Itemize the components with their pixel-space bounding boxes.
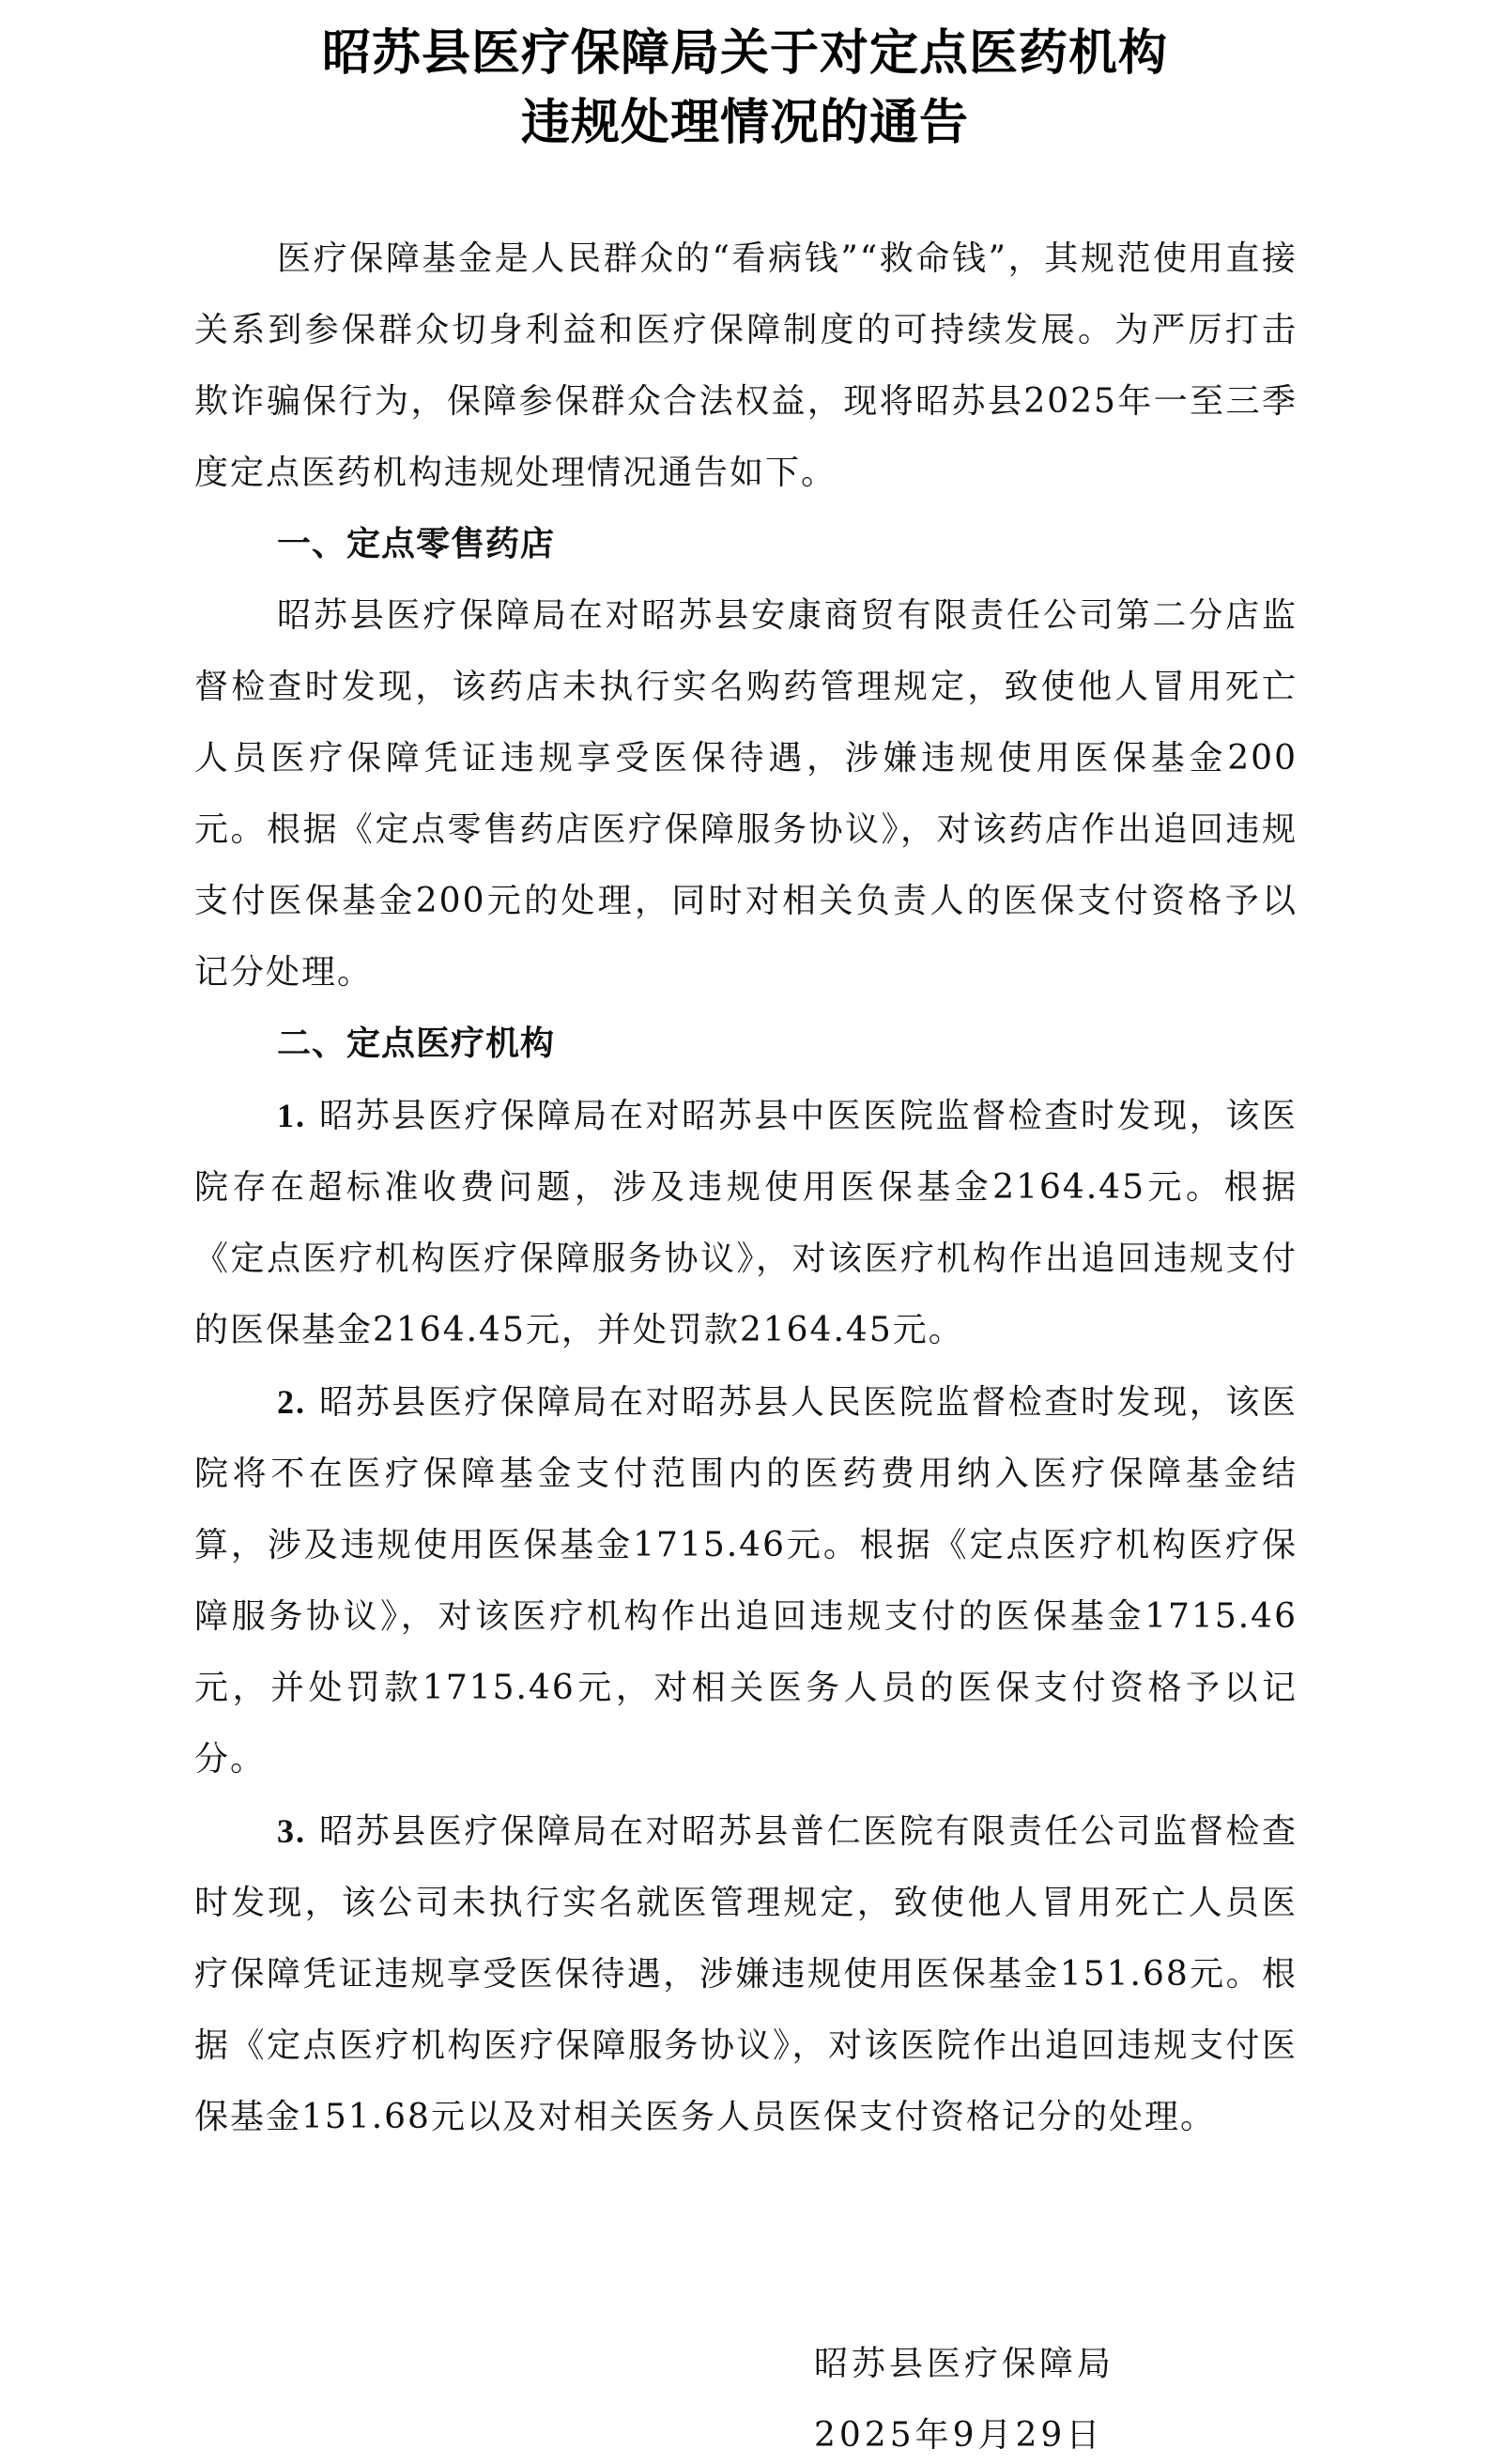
section-heading-retail-pharmacy: 一、定点零售药店 bbox=[194, 509, 1298, 580]
signature-date: 2025年9月29日 bbox=[814, 2400, 1103, 2464]
item-number: 2. bbox=[277, 1383, 306, 1421]
intro-paragraph: 医疗保障基金是人民群众的“看病钱”“救命钱”，其规范使用直接关系到参保群众切身利… bbox=[194, 223, 1298, 509]
document-title-line-1: 昭苏县医疗保障局关于对定点医药机构 bbox=[0, 13, 1490, 84]
item-text: 昭苏县医疗保障局在对昭苏县人民医院监督检查时发现，该医院将不在医疗保障基金支付范… bbox=[194, 1383, 1298, 1779]
item-text: 昭苏县医疗保障局在对昭苏县中医医院监督检查时发现，该医院存在超标准收费问题，涉及… bbox=[194, 1097, 1298, 1349]
section-heading-medical-institution: 二、定点医疗机构 bbox=[194, 1009, 1298, 1080]
item-number: 1. bbox=[277, 1097, 306, 1134]
institution-paragraph-2: 2. 昭苏县医疗保障局在对昭苏县人民医院监督检查时发现，该医院将不在医疗保障基金… bbox=[194, 1366, 1298, 1795]
item-text: 昭苏县医疗保障局在对昭苏县普仁医院有限责任公司监督检查时发现，该公司未执行实名就… bbox=[194, 1812, 1298, 2136]
institution-paragraph-3: 3. 昭苏县医疗保障局在对昭苏县普仁医院有限责任公司监督检查时发现，该公司未执行… bbox=[194, 1795, 1298, 2153]
signature-issuer: 昭苏县医疗保障局 bbox=[814, 2329, 1114, 2400]
institution-paragraph-1: 1. 昭苏县医疗保障局在对昭苏县中医医院监督检查时发现，该医院存在超标准收费问题… bbox=[194, 1080, 1298, 1366]
document-body: 医疗保障基金是人民群众的“看病钱”“救命钱”，其规范使用直接关系到参保群众切身利… bbox=[194, 223, 1298, 2153]
document-title-line-2: 违规处理情况的通告 bbox=[0, 83, 1490, 153]
item-number: 3. bbox=[277, 1812, 306, 1850]
pharmacy-paragraph: 昭苏县医疗保障局在对昭苏县安康商贸有限责任公司第二分店监督检查时发现，该药店未执… bbox=[194, 580, 1298, 1009]
